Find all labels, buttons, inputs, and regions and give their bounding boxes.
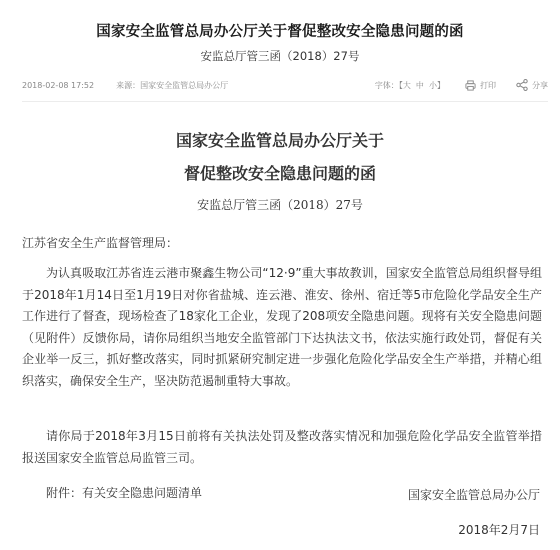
font-large-button[interactable]: 大	[403, 81, 411, 90]
font-bracket-close: 】	[437, 81, 445, 90]
signature-date: 2018年2月7日	[458, 521, 540, 538]
share-button[interactable]: 分享	[516, 79, 548, 91]
document-title-line-2: 督促整改安全隐患问题的函	[0, 161, 560, 184]
share-icon	[516, 79, 528, 91]
page-title: 国家安全监管总局办公厅关于督促整改安全隐患问题的函	[0, 20, 560, 41]
font-size-control: 字体：【大 中 小】	[375, 80, 445, 91]
divider	[22, 101, 548, 102]
publish-datetime: 2018-02-08 17:52	[22, 81, 94, 90]
font-small-button[interactable]: 小	[429, 81, 437, 90]
share-label: 分享	[532, 80, 548, 91]
page-doc-number: 安监总厅管三函（2018）27号	[0, 48, 560, 64]
print-button[interactable]: 打印	[465, 80, 496, 91]
document-number: 安监总厅管三函（2018）27号	[0, 196, 560, 213]
signature-organization: 国家安全监管总局办公厅	[408, 486, 540, 503]
body-paragraph-2: 请你局于2018年3月15日前将有关执法处罚及整改落实情况和加强危险化学品安全监…	[22, 426, 542, 469]
source-label: 来源：	[116, 80, 140, 91]
font-medium-button[interactable]: 中	[416, 81, 424, 90]
source-value: 国家安全监管总局办公厅	[140, 80, 228, 91]
meta-bar: 2018-02-08 17:52 来源： 国家安全监管总局办公厅 字体：【大 中…	[22, 77, 548, 93]
addressee: 江苏省安全生产监督管理局：	[22, 233, 542, 255]
body-paragraph-1: 为认真吸取江苏省连云港市聚鑫生物公司“12·9”重大事故教训，国家安全监管总局组…	[22, 263, 542, 392]
font-size-label: 字体：	[375, 81, 399, 90]
document-title-line-1: 国家安全监管总局办公厅关于	[0, 128, 560, 151]
printer-icon	[465, 80, 476, 91]
print-label: 打印	[480, 80, 496, 91]
